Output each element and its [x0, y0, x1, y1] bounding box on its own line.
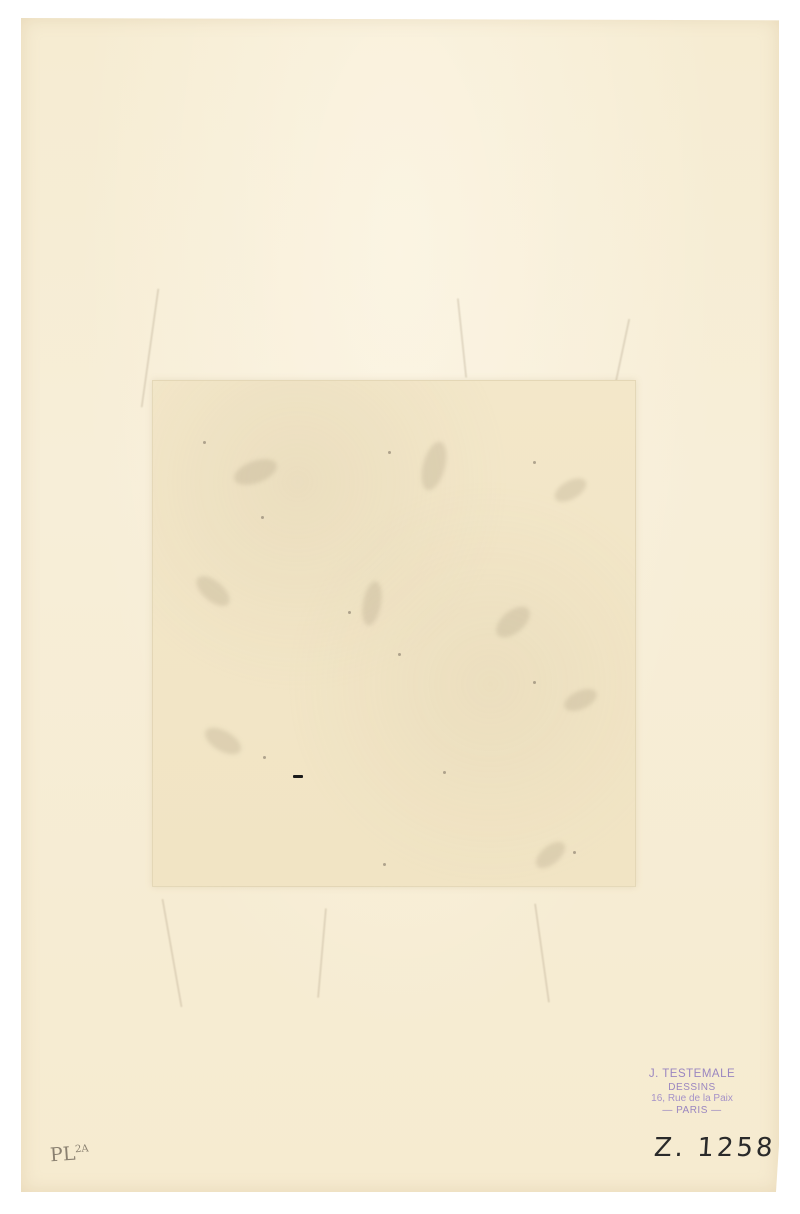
- offset-smudge: [531, 837, 569, 873]
- offset-smudge: [191, 570, 234, 611]
- speck: [573, 851, 576, 854]
- ink-mark: [293, 775, 303, 778]
- speck: [383, 863, 386, 866]
- offset-smudge: [359, 580, 385, 627]
- crease-mark: [614, 319, 631, 388]
- speck: [261, 516, 264, 519]
- pencil-note: PL2A: [49, 1142, 89, 1167]
- speck: [388, 451, 391, 454]
- crease-mark: [457, 298, 467, 378]
- crease-mark: [161, 899, 182, 1008]
- dealer-stamp: J. TESTEMALE DESSINS 16, Rue de la Paix …: [622, 1068, 762, 1117]
- offset-smudge: [561, 684, 600, 715]
- speck: [533, 461, 536, 464]
- speck: [263, 756, 266, 759]
- crease-mark: [317, 908, 327, 998]
- speck: [533, 681, 536, 684]
- stamp-name: J. TESTEMALE: [622, 1068, 762, 1082]
- inventory-number: Z. 1258: [653, 1133, 777, 1163]
- offset-smudge: [491, 601, 536, 644]
- crease-mark: [534, 903, 550, 1002]
- stamp-address: 16, Rue de la Paix: [622, 1093, 762, 1105]
- offset-smudge: [201, 722, 246, 759]
- speck: [398, 653, 401, 656]
- offset-smudge: [417, 439, 451, 493]
- pencil-note-base: PL: [49, 1143, 76, 1167]
- plate-impression: [152, 380, 636, 887]
- offset-smudge: [551, 473, 590, 506]
- offset-smudge: [231, 454, 281, 490]
- pencil-note-superscript: 2A: [75, 1143, 89, 1155]
- stamp-city: — PARIS —: [622, 1105, 762, 1117]
- speck: [203, 441, 206, 444]
- paper-sheet: [21, 18, 779, 1192]
- stamp-trade: DESSINS: [622, 1082, 762, 1094]
- speck: [443, 771, 446, 774]
- speck: [348, 611, 351, 614]
